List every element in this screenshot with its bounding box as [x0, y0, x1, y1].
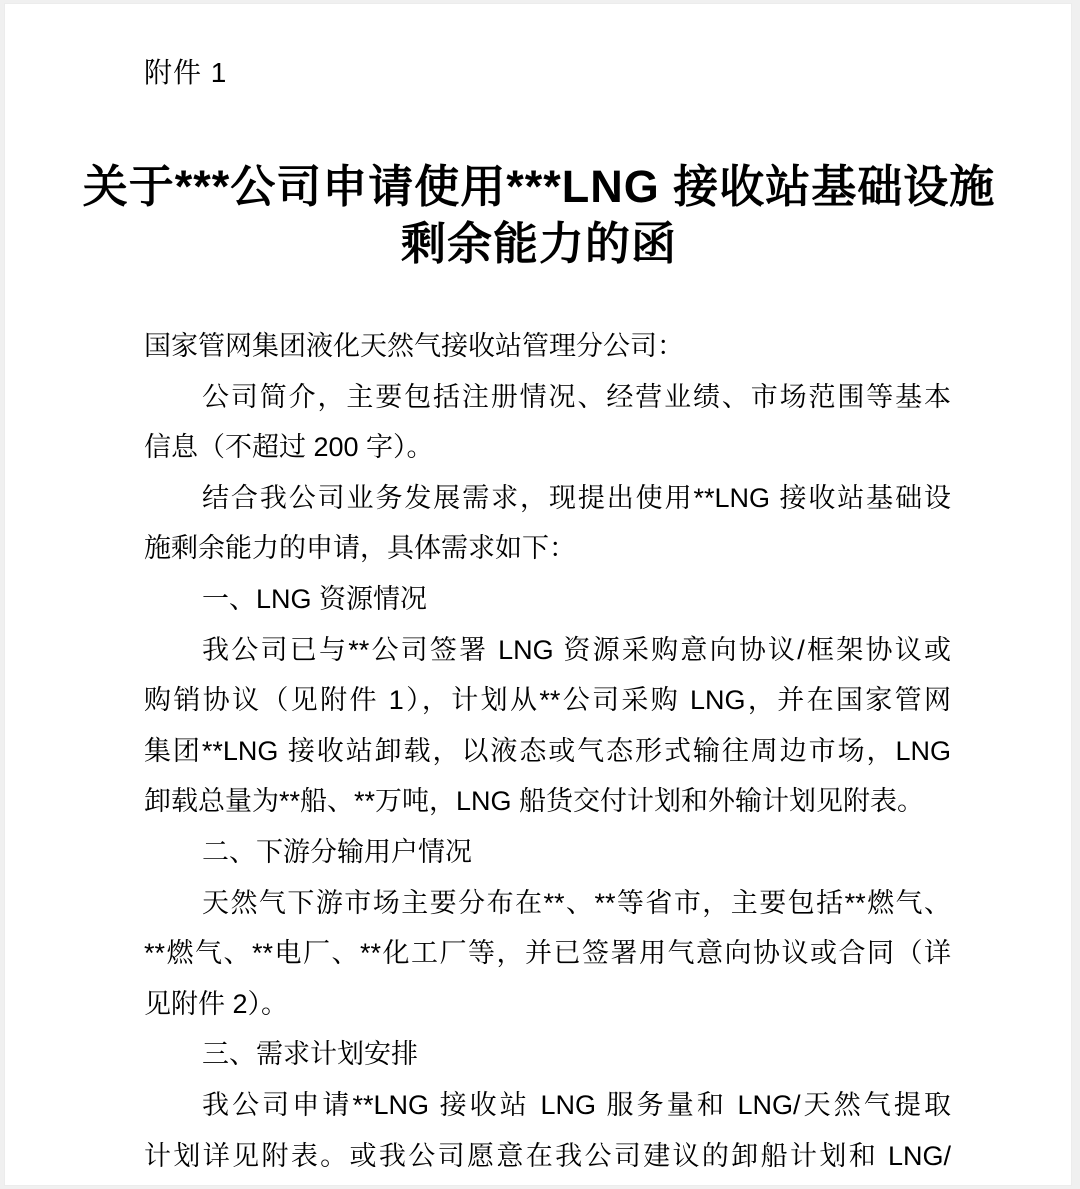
- document-line: 结合我公司业务发展需求，现提出使用**LNG 接收站基础设: [144, 473, 951, 524]
- document-line: 购销协议（见附件 1），计划从**公司采购 LNG，并在国家管网: [144, 675, 951, 726]
- paragraph: 结合我公司业务发展需求，现提出使用**LNG 接收站基础设施剩余能力的申请，具体…: [144, 473, 951, 574]
- title-line: 关于***公司申请使用***LNG 接收站基础设施: [45, 158, 1033, 215]
- document-line: 一、LNG 资源情况: [144, 574, 951, 625]
- document-page: 附件 1 关于***公司申请使用***LNG 接收站基础设施剩余能力的函 国家管…: [4, 3, 1072, 1186]
- paragraph: 二、下游分输用户情况: [144, 827, 951, 878]
- document-line: 公司简介，主要包括注册情况、经营业绩、市场范围等基本: [144, 372, 951, 423]
- document-line: 我公司申请**LNG 接收站 LNG 服务量和 LNG/天然气提取: [144, 1080, 951, 1131]
- document-line: 三、需求计划安排: [144, 1029, 951, 1080]
- title-line: 剩余能力的函: [45, 215, 1033, 272]
- paragraph: 一、LNG 资源情况: [144, 574, 951, 625]
- paragraph: 国家管网集团液化天然气接收站管理分公司：: [144, 321, 951, 372]
- document-body: 国家管网集团液化天然气接收站管理分公司：公司简介，主要包括注册情况、经营业绩、市…: [144, 321, 951, 1181]
- document-line: 卸载总量为**船、**万吨，LNG 船货交付计划和外输计划见附表。: [144, 776, 951, 827]
- document-line: 信息（不超过 200 字）。: [144, 422, 951, 473]
- document-line: 天然气下游市场主要分布在**、**等省市，主要包括**燃气、: [144, 878, 951, 929]
- document-line: 我公司已与**公司签署 LNG 资源采购意向协议/框架协议或: [144, 625, 951, 676]
- document-line: 计划详见附表。或我公司愿意在我公司建议的卸船计划和 LNG/: [144, 1131, 951, 1182]
- document-line: 施剩余能力的申请，具体需求如下：: [144, 523, 951, 574]
- document-line: 集团**LNG 接收站卸载，以液态或气态形式输往周边市场，LNG: [144, 726, 951, 777]
- paragraph: 公司简介，主要包括注册情况、经营业绩、市场范围等基本信息（不超过 200 字）。: [144, 372, 951, 473]
- document-title: 关于***公司申请使用***LNG 接收站基础设施剩余能力的函: [45, 158, 1033, 272]
- paragraph: 三、需求计划安排: [144, 1029, 951, 1080]
- paragraph: 天然气下游市场主要分布在**、**等省市，主要包括**燃气、**燃气、**电厂、…: [144, 878, 951, 1030]
- paragraph: 我公司已与**公司签署 LNG 资源采购意向协议/框架协议或购销协议（见附件 1…: [144, 625, 951, 827]
- document-line: 见附件 2）。: [144, 979, 951, 1030]
- document-line: 二、下游分输用户情况: [144, 827, 951, 878]
- document-line: **燃气、**电厂、**化工厂等，并已签署用气意向协议或合同（详: [144, 928, 951, 979]
- attachment-label: 附件 1: [144, 58, 227, 88]
- paragraph: 我公司申请**LNG 接收站 LNG 服务量和 LNG/天然气提取计划详见附表。…: [144, 1080, 951, 1181]
- document-line: 国家管网集团液化天然气接收站管理分公司：: [144, 321, 951, 372]
